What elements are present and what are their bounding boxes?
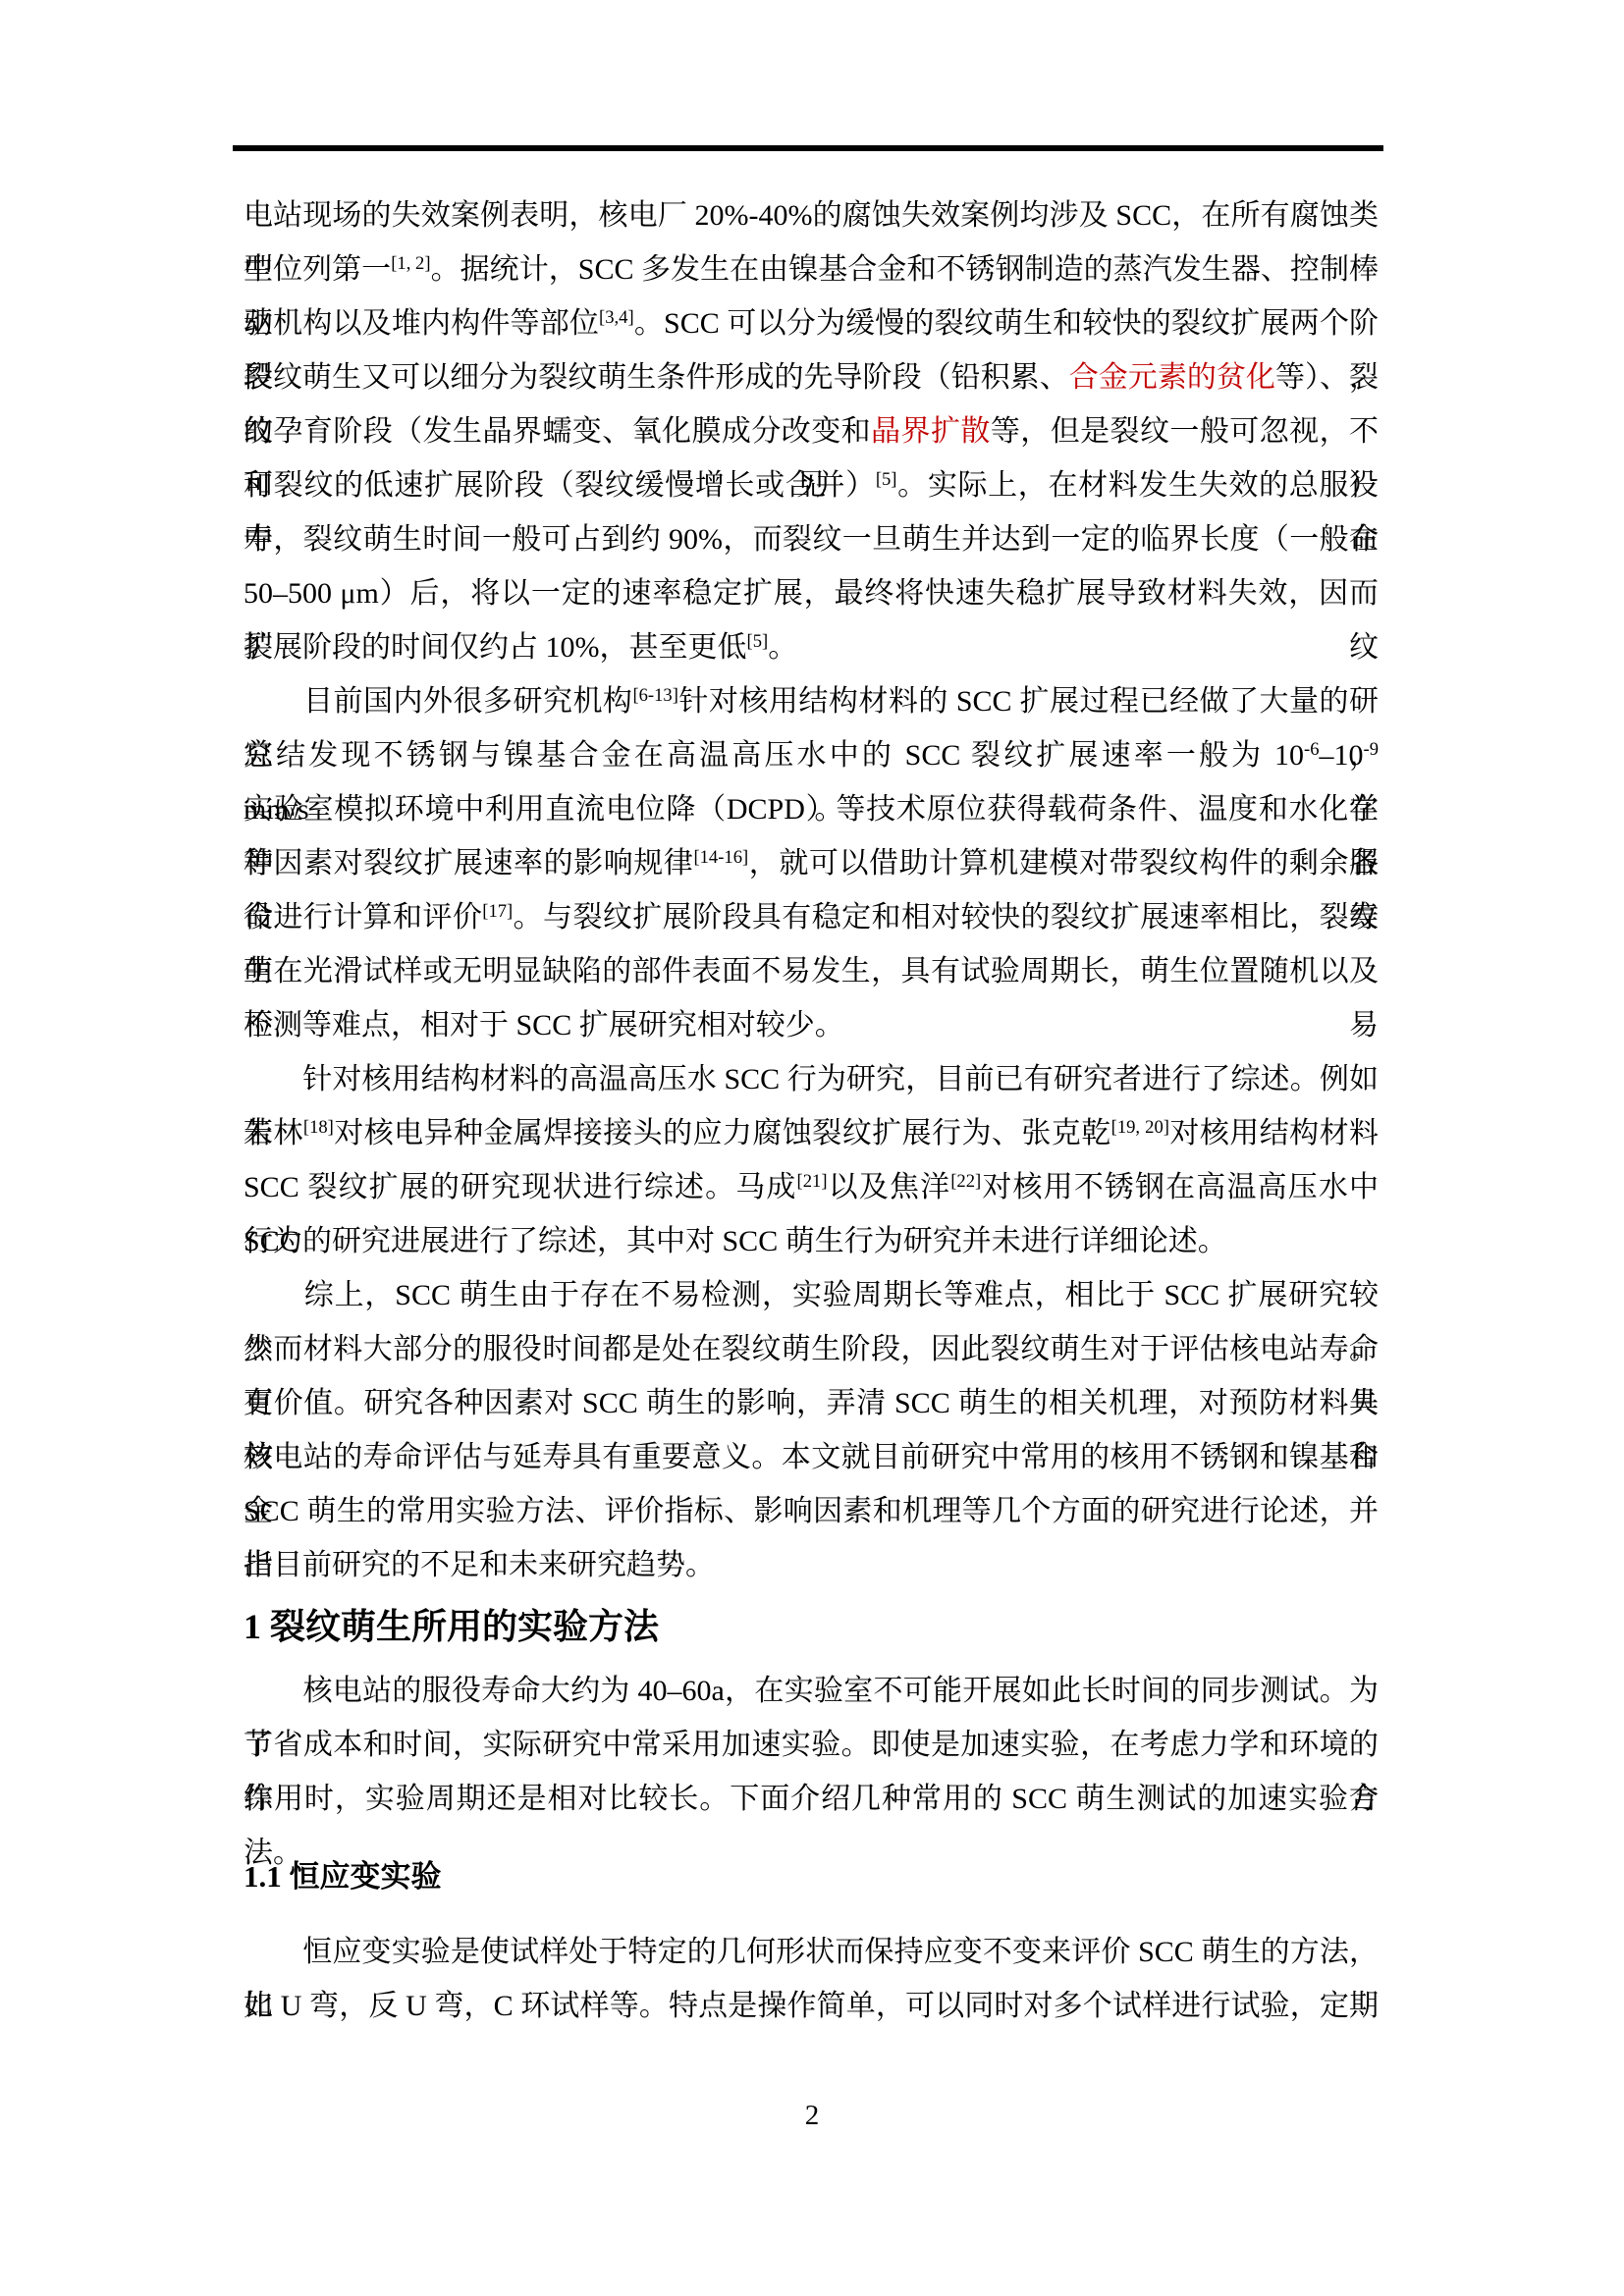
text-line: 中位列第一[1, 2]。据统计，SCC 多发生在由镍基合金和不锈钢制造的蒸汽发生… <box>244 242 1379 296</box>
text-line: SCC 裂纹扩展的研究现状进行综述。马成[21]以及焦洋[22]对核用不锈钢在高… <box>244 1160 1379 1214</box>
text-line: 目前国内外很多研究机构[6-13]针对核用结构材料的 SCC 扩展过程已经做了大… <box>244 674 1379 728</box>
text-run: 目前国内外很多研究机构 <box>244 685 632 718</box>
paragraph: 综上，SCC 萌生由于存在不易检测，实验周期长等难点，相比于 SCC 扩展研究较… <box>244 1268 1379 1592</box>
header-rule <box>233 145 1383 151</box>
paragraph: 恒应变实验是使试样处于特定的几何形状而保持应变不变来评价 SCC 萌生的方法，比… <box>244 1925 1379 2033</box>
citation-superscript: [21] <box>797 1171 828 1192</box>
text-line: 实验室模拟环境中利用直流电位降（DCPD）等技术原位获得载荷条件、温度和水化学等… <box>244 782 1379 836</box>
highlighted-term: 晶界扩散 <box>871 415 991 448</box>
paragraph: 核电站的服役寿命大约为 40–60a，在实验室不可能开展如此长时间的同步测试。为… <box>244 1664 1379 1826</box>
text-line: 总结发现不锈钢与镍基合金在高温高压水中的 SCC 裂纹扩展速率一般为 10-6–… <box>244 728 1379 782</box>
text-line: 节省成本和时间，实际研究中常采用加速实验。即使是加速实验，在考虑力学和环境的综合 <box>244 1718 1379 1772</box>
text-run: 如 U 弯，反 U 弯，C 环试样等。特点是操作简单，可以同时对多个试样进行试验… <box>244 1990 1379 2022</box>
text-run: 。 <box>768 631 797 664</box>
text-run: –10 <box>1320 739 1364 772</box>
highlighted-term: 合金元素的贫化 <box>1069 361 1275 394</box>
page-number: 2 <box>805 2100 820 2131</box>
paragraph: 电站现场的失效案例表明，核电厂 20%-40%的腐蚀失效案例均涉及 SCC，在所… <box>244 188 1379 674</box>
citation-superscript: [3,4] <box>599 307 634 328</box>
citation-superscript: [17] <box>482 901 513 922</box>
text-run: 中，裂纹萌生时间一般可占到约 90%，而裂纹一旦萌生并达到一定的临界长度（一般在 <box>244 523 1379 556</box>
text-line: 中，裂纹萌生时间一般可占到约 90%，而裂纹一旦萌生并达到一定的临界长度（一般在 <box>244 512 1379 566</box>
text-run: 行为的研究进展进行了综述，其中对 SCC 萌生行为研究并未进行详细论述。 <box>244 1225 1227 1257</box>
text-line: 50–500 μm）后，将以一定的速率稳定扩展，最终将快速失稳扩展导致材料失效，… <box>244 566 1379 620</box>
text-line: 若林[18]对核电异种金属焊接接头的应力腐蚀裂纹扩展行为、张克乾[19, 20]… <box>244 1106 1379 1160</box>
subsection-heading: 1.1 恒应变实验 <box>244 1849 1379 1903</box>
text-line: 生在光滑试样或无明显缺陷的部件表面不易发生，具有试验周期长，萌生位置随机以及不易 <box>244 944 1379 998</box>
citation-superscript: [5] <box>747 631 769 652</box>
document-page: 电站现场的失效案例表明，核电厂 20%-40%的腐蚀失效案例均涉及 SCC，在所… <box>0 0 1624 2296</box>
text-line: 和裂纹的低速扩展阶段（裂纹缓慢增长或合并）[5]。实际上，在材料发生失效的总服役… <box>244 458 1379 512</box>
text-run: 对核用结构材料 <box>1169 1117 1379 1149</box>
text-run: 种因素对裂纹扩展速率的影响规律 <box>244 847 693 880</box>
text-run: 中位列第一 <box>244 253 391 286</box>
text-line: 针对核用结构材料的高温高压水 SCC 行为研究，目前已有研究者进行了综述。例如朱 <box>244 1052 1379 1106</box>
text-run: 命进行计算和评价 <box>244 901 482 934</box>
text-line: 的孕育阶段（发生晶界蠕变、氧化膜成分改变和晶界扩散等，但是裂纹一般可忽视，不可见… <box>244 404 1379 458</box>
page-footer: 2 <box>0 2099 1624 2132</box>
text-run: 检测等难点，相对于 SCC 扩展研究相对较少。 <box>244 1009 844 1041</box>
text-line: 作用时，实验周期还是相对比较长。下面介绍几种常用的 SCC 萌生测试的加速实验方… <box>244 1772 1379 1826</box>
text-run: 对核电异种金属焊接接头的应力腐蚀裂纹扩展行为、张克乾 <box>334 1117 1111 1149</box>
text-line: 裂纹萌生又可以细分为裂纹萌生条件形成的先导阶段（铅积累、合金元素的贫化等）、裂纹 <box>244 350 1379 404</box>
text-line: 行为的研究进展进行了综述，其中对 SCC 萌生行为研究并未进行详细论述。 <box>244 1214 1379 1268</box>
document-body: 电站现场的失效案例表明，核电厂 20%-40%的腐蚀失效案例均涉及 SCC，在所… <box>244 188 1379 2033</box>
text-line: SCC 萌生的常用实验方法、评价指标、影响因素和机理等几个方面的研究进行论述，并… <box>244 1484 1379 1538</box>
text-run: 出目前研究的不足和未来研究趋势。 <box>244 1549 715 1581</box>
text-line: 动机构以及堆内构件等部位[3,4]。SCC 可以分为缓慢的裂纹萌生和较快的裂纹扩… <box>244 296 1379 350</box>
text-line: 核电站的寿命评估与延寿具有重要意义。本文就目前研究中常用的核用不锈钢和镍基合金 <box>244 1430 1379 1484</box>
citation-superscript: -6 <box>1304 739 1320 760</box>
text-line: 电站现场的失效案例表明，核电厂 20%-40%的腐蚀失效案例均涉及 SCC，在所… <box>244 188 1379 242</box>
citation-superscript: [5] <box>876 469 897 490</box>
text-run: 扩展阶段的时间仅约占 10%，甚至更低 <box>244 631 747 664</box>
text-line: 出目前研究的不足和未来研究趋势。 <box>244 1538 1379 1592</box>
text-line: 核电站的服役寿命大约为 40–60a，在实验室不可能开展如此长时间的同步测试。为… <box>244 1664 1379 1718</box>
text-line: 恒应变实验是使试样处于特定的几何形状而保持应变不变来评价 SCC 萌生的方法，比 <box>244 1925 1379 1979</box>
citation-superscript: [18] <box>303 1117 334 1138</box>
text-run: 若林 <box>244 1117 303 1149</box>
text-run: SCC 裂纹扩展的研究现状进行综述。马成 <box>244 1171 797 1203</box>
text-line: 然而材料大部分的服役时间都是处在裂纹萌生阶段，因此裂纹萌生对于评估核电站寿命更具 <box>244 1322 1379 1376</box>
text-run: 总结发现不锈钢与镍基合金在高温高压水中的 SCC 裂纹扩展速率一般为 10 <box>244 739 1304 772</box>
citation-superscript: [6-13] <box>632 685 677 706</box>
text-run: 动机构以及堆内构件等部位 <box>244 307 599 340</box>
text-line: 种因素对裂纹扩展速率的影响规律[14-16]，就可以借助计算机建模对带裂纹构件的… <box>244 836 1379 890</box>
text-run: 以及焦洋 <box>828 1171 951 1203</box>
citation-superscript: [14-16] <box>693 847 748 868</box>
text-line: 综上，SCC 萌生由于存在不易检测，实验周期长等难点，相比于 SCC 扩展研究较… <box>244 1268 1379 1322</box>
text-line: 命进行计算和评价[17]。与裂纹扩展阶段具有稳定和相对较快的裂纹扩展速率相比，裂… <box>244 890 1379 944</box>
citation-superscript: [1, 2] <box>391 253 430 274</box>
section-heading: 1 裂纹萌生所用的实验方法 <box>244 1600 1379 1654</box>
text-line: 如 U 弯，反 U 弯，C 环试样等。特点是操作简单，可以同时对多个试样进行试验… <box>244 1979 1379 2033</box>
text-run: 裂纹萌生又可以细分为裂纹萌生条件形成的先导阶段（铅积累、 <box>244 361 1069 394</box>
citation-superscript: -9 <box>1364 739 1380 760</box>
citation-superscript: [22] <box>950 1171 981 1192</box>
citation-superscript: [19, 20] <box>1111 1117 1169 1138</box>
text-line: 有价值。研究各种因素对 SCC 萌生的影响，弄清 SCC 萌生的相关机理，对预防… <box>244 1376 1379 1430</box>
paragraph: 目前国内外很多研究机构[6-13]针对核用结构材料的 SCC 扩展过程已经做了大… <box>244 674 1379 1052</box>
text-run: 和裂纹的低速扩展阶段（裂纹缓慢增长或合并） <box>244 469 876 502</box>
paragraph: 针对核用结构材料的高温高压水 SCC 行为研究，目前已有研究者进行了综述。例如朱… <box>244 1052 1379 1268</box>
text-run: 的孕育阶段（发生晶界蠕变、氧化膜成分改变和 <box>244 415 871 448</box>
